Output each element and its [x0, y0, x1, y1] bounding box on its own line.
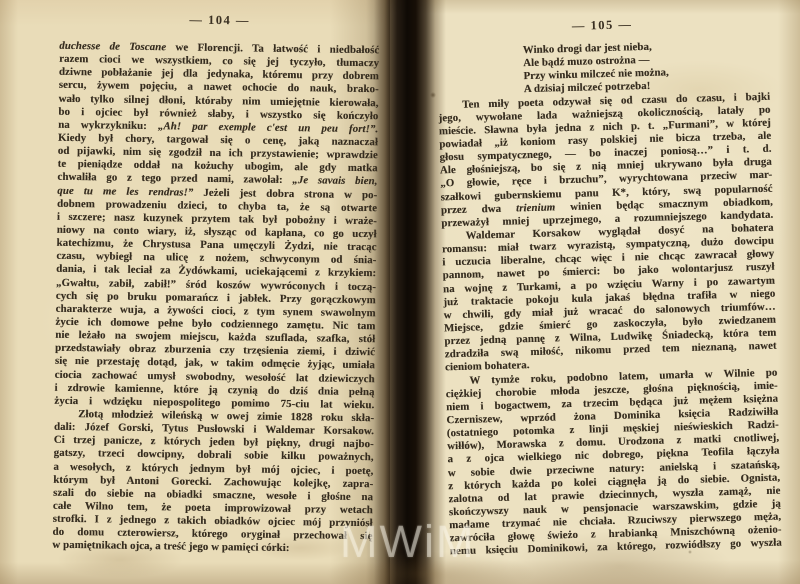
page-105-content: — 105 — Winko drogi dar jest nieba,Ale b…	[436, 13, 782, 559]
page-number-104: — 104 —	[60, 10, 380, 30]
book-gutter-shadow	[374, 0, 446, 584]
page-104-content: — 104 — duchesse de Toscane we Florencji…	[52, 10, 380, 557]
page-105-text: Winko drogi dar jest nieba,Ale bądź muzo…	[437, 38, 782, 559]
page-104-text: duchesse de Toscane we Florencji. Ta łat…	[52, 40, 379, 557]
